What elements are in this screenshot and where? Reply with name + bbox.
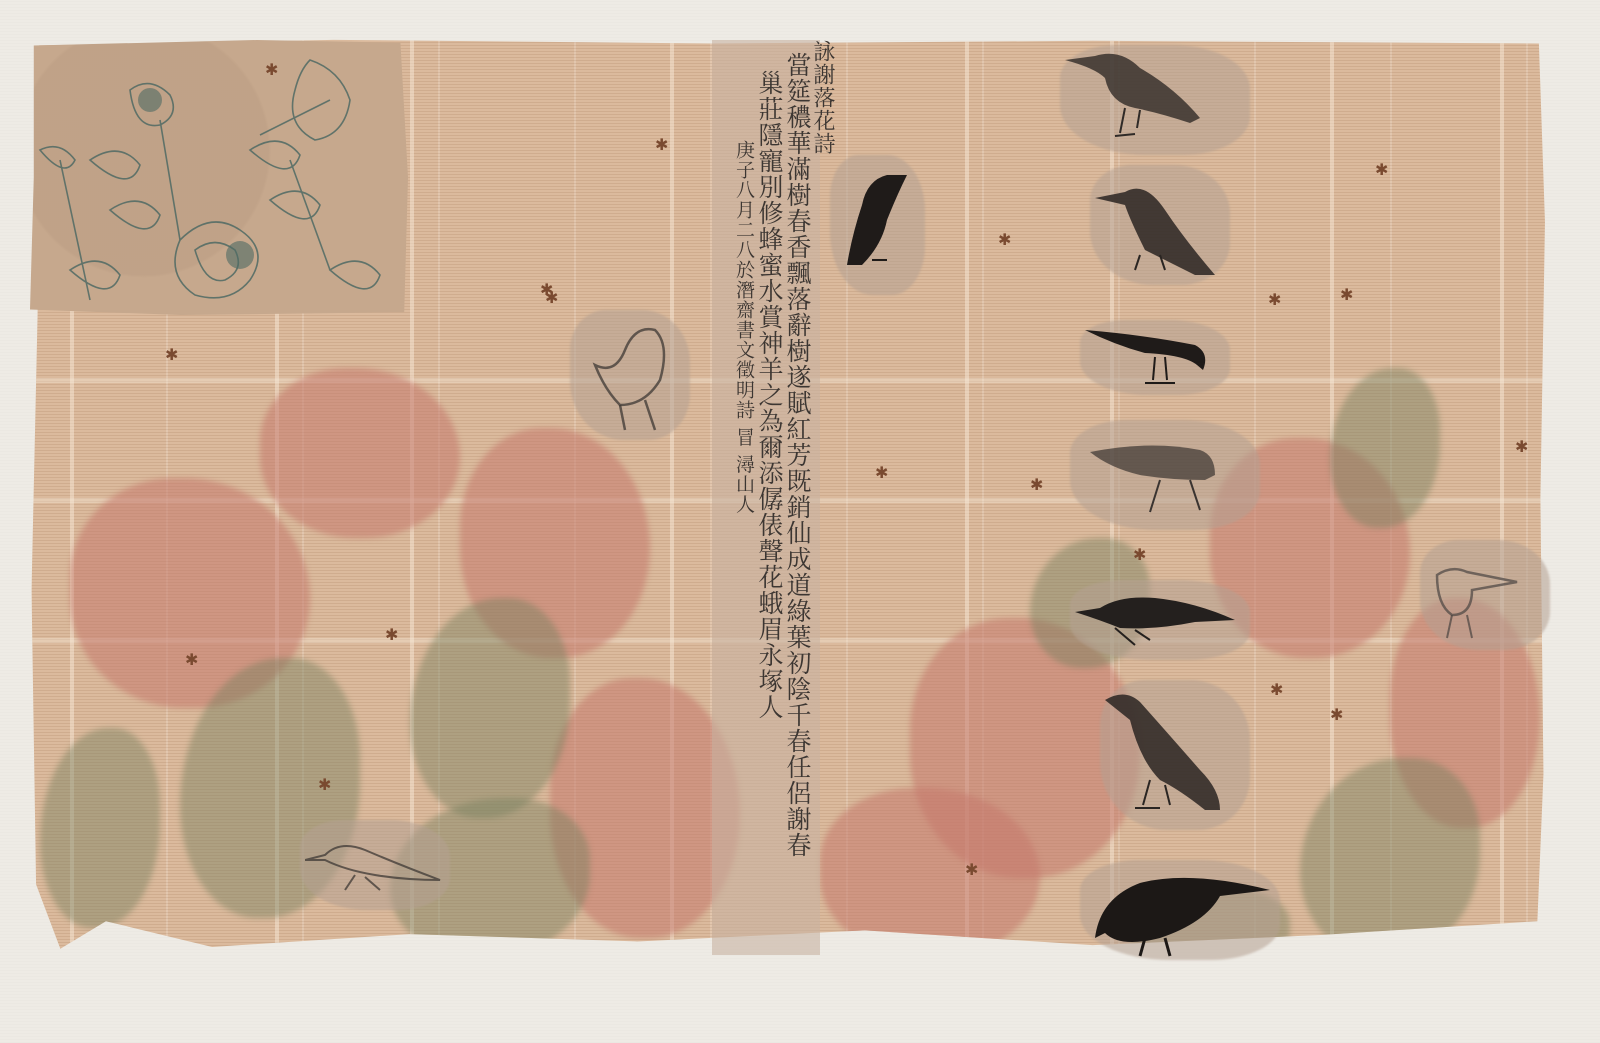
bird-icon [842,165,912,275]
bird-icon [1075,590,1235,650]
insect-icon: ✱ [655,135,668,154]
insect-icon: ✱ [965,860,978,879]
bird-icon [1085,325,1215,390]
insect-icon: ✱ [265,60,278,79]
insect-icon: ✱ [1133,545,1146,564]
bird-icon [1105,690,1225,820]
bird-outline-icon [585,320,675,440]
insect-icon: ✱ [875,463,888,482]
insect-icon: ✱ [1268,290,1281,309]
bird-icon [1090,868,1280,958]
insect-icon: ✱ [165,345,178,364]
insect-icon: ✱ [1515,437,1528,456]
peony-leaf [1330,368,1440,528]
bird-icon [1095,170,1225,285]
insect-icon: ✱ [385,625,398,644]
peony-blossom [260,368,460,538]
insect-icon: ✱ [545,288,558,307]
insect-icon: ✱ [998,230,1011,249]
insect-icon: ✱ [318,775,331,794]
bird-outline-icon [1432,560,1522,640]
inscription-line: 巢莊隱寵別修蜂蜜水賞神羊之為爾添僝俵聲花蛾眉永塚人 [755,70,783,720]
peony-sketch-panel [30,40,408,315]
peony-leaf [410,598,570,818]
insect-icon: ✱ [1030,475,1043,494]
bird-outline-icon [305,835,445,895]
peony-line-drawing-icon [30,40,408,315]
inscription-colophon: 庚子八月二八於潛齋書文徵明詩 冒 潯山人 [730,140,758,514]
insect-icon: ✱ [1270,680,1283,699]
bird-icon [1065,48,1215,148]
insect-icon: ✱ [1375,160,1388,179]
insect-icon: ✱ [1330,705,1343,724]
peony-leaf [40,728,160,928]
bird-icon [1090,440,1230,520]
insect-icon: ✱ [185,650,198,669]
insect-icon: ✱ [1340,285,1353,304]
inscription-title: 詠謝落花詩 [808,40,836,155]
inscription-line: 當筵穠華滿樹春香飄落辭樹遂賦紅芳既銷仙成道綠葉初陰千春任侶謝春 [783,52,811,858]
